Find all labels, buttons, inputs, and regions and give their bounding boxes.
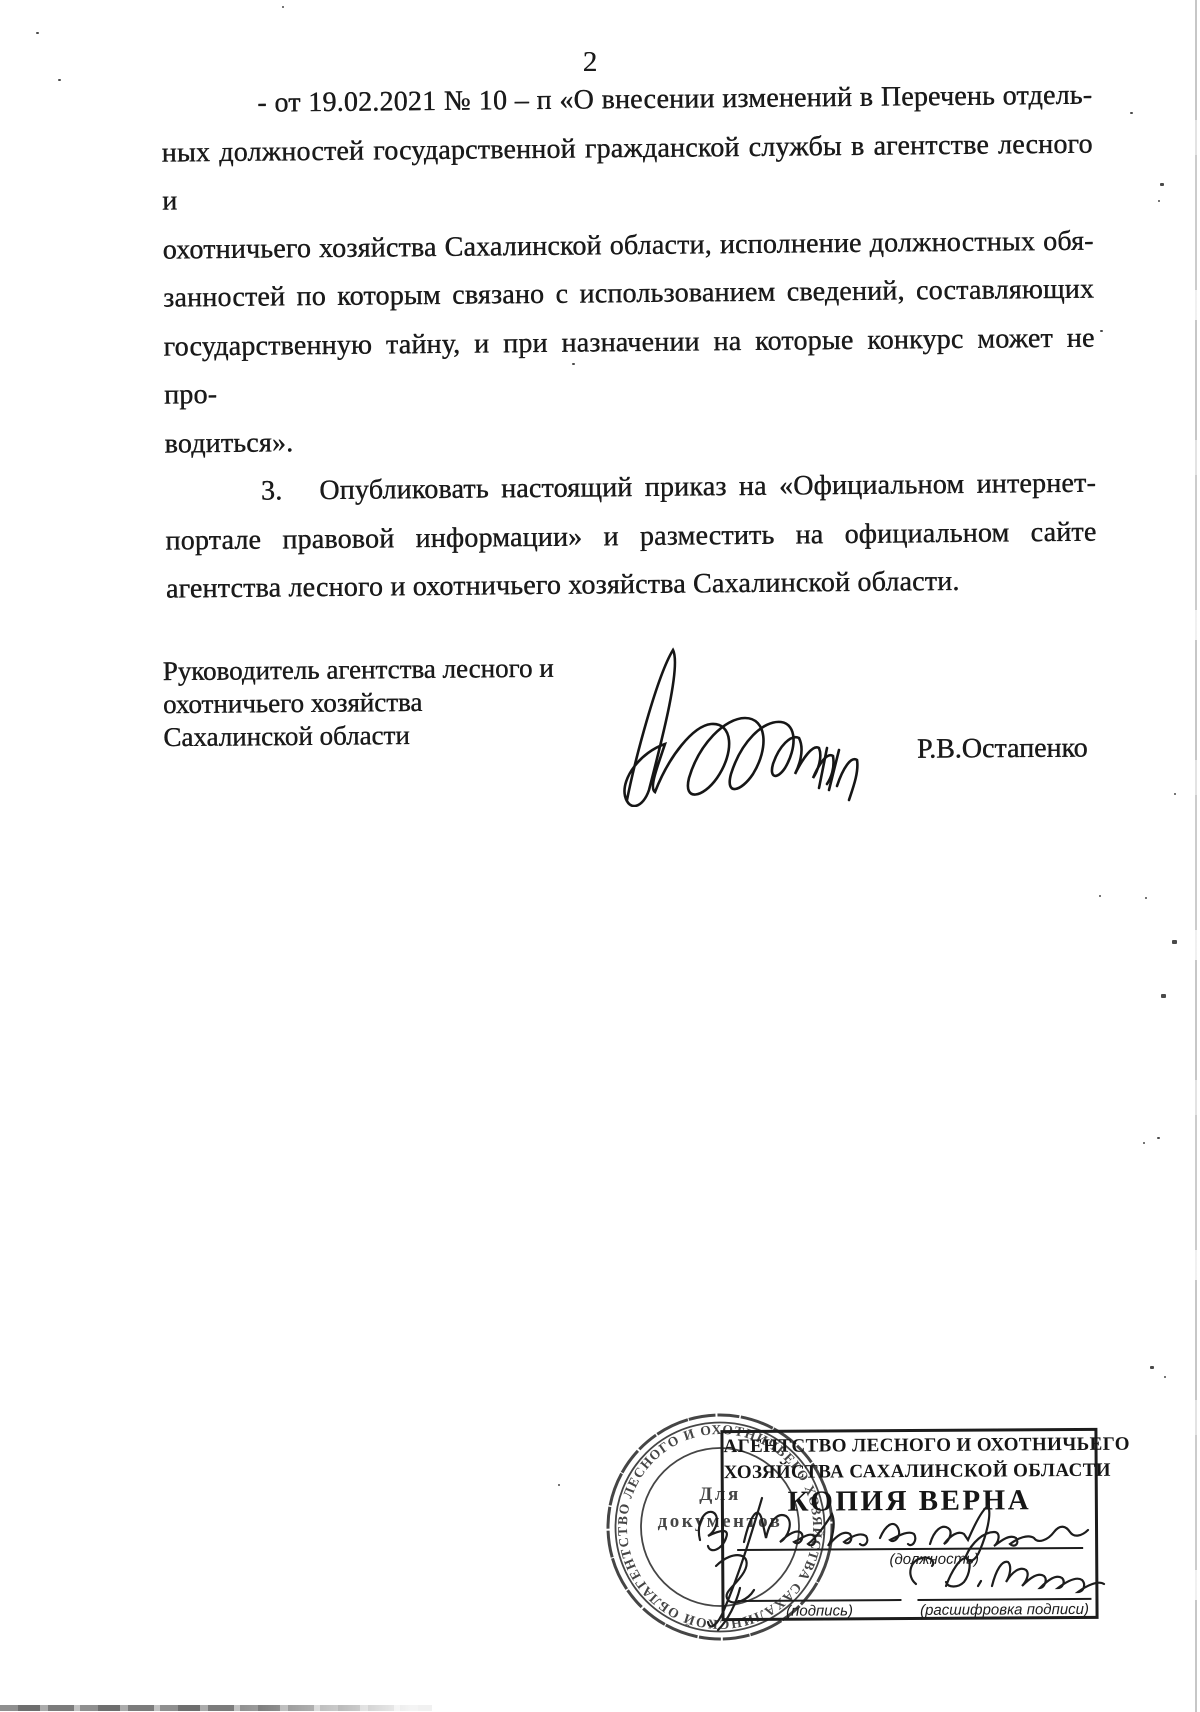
scan-speck bbox=[572, 363, 575, 365]
scan-speck bbox=[1158, 200, 1160, 202]
text-line: охотничьего хозяйства Сахалинской област… bbox=[162, 217, 1093, 274]
text-line: охотничьего хозяйства bbox=[163, 684, 633, 721]
scan-speck bbox=[1130, 112, 1133, 114]
scan-speck bbox=[58, 79, 61, 81]
scan-speck bbox=[558, 1484, 560, 1486]
text-line: Сахалинской области bbox=[163, 717, 633, 754]
scan-bottom-artifact bbox=[0, 1705, 432, 1711]
paragraph-publish-clause: 3. Опубликовать настоящий приказ на «Офи… bbox=[165, 460, 1097, 614]
text-line: агентства лесного и охотничьего хозяйств… bbox=[166, 557, 1097, 614]
handwritten-signature bbox=[565, 642, 880, 807]
paragraph-amendment-list-item: - от 19.02.2021 № 10 – п «О внесении изм… bbox=[161, 72, 1096, 469]
signer-name: Р.В.Остапенко bbox=[917, 732, 1088, 765]
text-line: 3. Опубликовать настоящий приказ на «Офи… bbox=[165, 460, 1096, 517]
order-body-text: - от 19.02.2021 № 10 – п «О внесении изм… bbox=[161, 72, 1097, 614]
scan-speck bbox=[1150, 1366, 1154, 1369]
scan-speck bbox=[1099, 895, 1101, 897]
scan-speck bbox=[1157, 1137, 1160, 1139]
handwritten-name-entry bbox=[900, 1550, 1112, 1602]
handwritten-signature-entry bbox=[700, 1492, 800, 1634]
text-line: государственную тайну, и при назначении … bbox=[163, 314, 1095, 420]
scan-speck bbox=[1160, 183, 1164, 186]
scanned-order-page: 2 - от 19.02.2021 № 10 – п «О внесении и… bbox=[0, 0, 1200, 1712]
stamp-org-line1: АГЕНТСТВО ЛЕСНОГО И ОХОТНИЧЬЕГО bbox=[723, 1431, 1094, 1459]
text-line: водиться». bbox=[164, 411, 1095, 468]
name-field-label: (расшифровка подписи) bbox=[917, 1601, 1091, 1619]
text-line: ных должностей государственной гражданск… bbox=[161, 120, 1093, 226]
text-line: портале правовой информации» и разместит… bbox=[165, 508, 1096, 565]
stamp-org-line2: ХОЗЯЙСТВА САХАЛИНСКОЙ ОБЛАСТИ bbox=[724, 1456, 1095, 1484]
signer-position-text: Руководитель агентства лесного иохотничь… bbox=[163, 651, 634, 754]
text-line: Руководитель агентства лесного и bbox=[163, 651, 633, 688]
scan-speck bbox=[36, 32, 39, 34]
scan-bottom-artifact-fade bbox=[0, 1705, 432, 1711]
scan-speck bbox=[1172, 940, 1177, 944]
scan-speck bbox=[1145, 897, 1147, 899]
scan-speck bbox=[1174, 793, 1176, 795]
text-line: занностей по которым связано с использов… bbox=[163, 266, 1094, 323]
scan-speck bbox=[282, 6, 284, 8]
text-line: - от 19.02.2021 № 10 – п «О внесении изм… bbox=[161, 72, 1092, 129]
scan-speck bbox=[1164, 1376, 1166, 1378]
scan-edge-artifact bbox=[1195, 0, 1197, 1712]
scan-speck bbox=[1143, 1142, 1145, 1144]
scan-speck bbox=[1100, 330, 1103, 332]
scan-speck bbox=[1161, 994, 1166, 998]
